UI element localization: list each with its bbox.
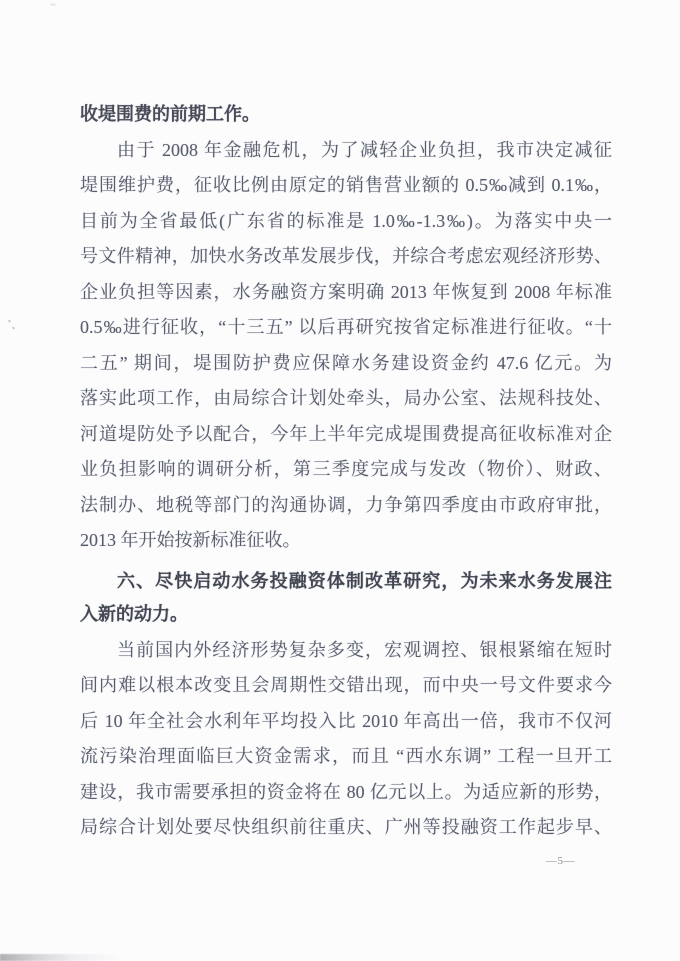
text-line: 当前国内外经济形势复杂多变，宏观调控、银根紧缩在短时 <box>80 633 612 669</box>
text-line: 局综合计划处要尽快组织前往重庆、广州等投融资工作起步早、 <box>80 810 612 846</box>
scanned-document-page: 收堤围费的前期工作。 由于 2008 年金融危机，为了减轻企业负担，我市决定减征… <box>0 0 680 961</box>
text-line: 2013 年开始按新标准征收。 <box>80 523 612 559</box>
scan-edge-smudge <box>0 954 122 961</box>
heading-continuation: 收堤围费的前期工作。 <box>80 97 612 133</box>
text-line: 后 10 年全社会水利年平均投入比 2010 年高出一倍，我市不仅河 <box>80 704 612 740</box>
text-line: 由于 2008 年金融危机，为了减轻企业负担，我市决定减征 <box>80 133 612 169</box>
text-line: 堤围维护费，征收比例由原定的销售营业额的 0.5‰减到 0.1‰， <box>80 168 612 204</box>
section-heading: 六、尽快启动水务投融资体制改革研究，为未来水务发展注 入新的动力。 <box>80 565 612 633</box>
section-heading-line: 入新的动力。 <box>80 598 612 631</box>
text-line: 号文件精神，加快水务改革发展步伐，并综合考虑宏观经济形势、 <box>80 239 612 275</box>
text-line: 收堤围费的前期工作。 <box>80 97 612 133</box>
text-line: 流污染治理面临巨大资金需求，而且 “西水东调” 工程一旦开工 <box>80 739 612 775</box>
paragraph: 由于 2008 年金融危机，为了减轻企业负担，我市决定减征 堤围维护费，征收比例… <box>80 133 612 559</box>
text-line: 企业负担等因素，水务融资方案明确 2013 年恢复到 2008 年标准 <box>80 275 612 311</box>
page-number: —5— <box>546 855 575 867</box>
text-line: 业负担影响的调研分析，第三季度完成与发改（物价）、财政、 <box>80 452 612 488</box>
paragraph: 当前国内外经济形势复杂多变，宏观调控、银根紧缩在短时 间内难以根本改变且会周期性… <box>80 633 612 846</box>
scan-artifact-mark <box>8 318 16 332</box>
text-line: 建设，我市需要承担的资金将在 80 亿元以上。为适应新的形势， <box>80 775 612 811</box>
text-line: 法制办、地税等部门的沟通协调，力争第四季度由市政府审批， <box>80 488 612 524</box>
text-line: 目前为全省最低(广东省的标准是 1.0‰-1.3‰)。为落实中央一 <box>80 204 612 240</box>
text-line: 0.5‰进行征收，“十三五” 以后再研究按省定标准进行征收。“十 <box>80 310 612 346</box>
section-heading-line: 六、尽快启动水务投融资体制改革研究，为未来水务发展注 <box>80 565 612 598</box>
text-line: 二五” 期间，堤围防护费应保障水务建设资金约 47.6 亿元。为 <box>80 346 612 382</box>
text-line: 河道堤防处予以配合，今年上半年完成堤围费提高征收标准对企 <box>80 417 612 453</box>
text-line: 间内难以根本改变且会周期性交错出现，而中央一号文件要求今 <box>80 668 612 704</box>
scan-speck <box>50 3 56 6</box>
document-text-block: 收堤围费的前期工作。 由于 2008 年金融危机，为了减轻企业负担，我市决定减征… <box>80 97 612 846</box>
text-line: 落实此项工作，由局综合计划处牵头，局办公室、法规科技处、 <box>80 381 612 417</box>
